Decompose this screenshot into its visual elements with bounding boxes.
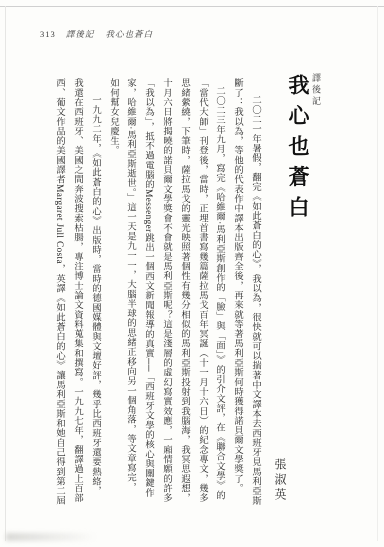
body-column-5: 思緒縈繞，下筆時，薩拉馬戈的靈光映照著個性有幾分相似的馬利亞斯投射到我腦海，我冥… — [177, 78, 191, 503]
body-column-1: 二〇二一年暑假，翻完《如此蒼白的心》，我以為，很快就可以揣著中文譯本去西班牙見馬… — [248, 78, 262, 505]
running-header-section: 譯後記 — [66, 29, 95, 39]
page-edge-left — [5, 6, 6, 541]
page-edge-top — [0, 6, 384, 7]
page-title: 我心也蒼白 — [283, 74, 313, 227]
scan-smudge — [6, 533, 96, 541]
body-column-2: 斷了：我以為，等他的代表作中譯本出版齊全後，再來就等著馬利亞斯何時獲得諾貝爾文學… — [230, 78, 244, 493]
body-column-8: 家，哈維爾·馬利亞斯逝世。」這一天是九一一，大腦半球的思緒正移向另一個角落，等文… — [123, 78, 137, 492]
body-column-4: 「當代大師」刊登後，當時，正埋首書寫幾篇薩拉馬戈百年冥誕（十一月十六日）的紀念專… — [195, 78, 209, 503]
body-column-7: 「我以為」，抵不過電腦的Messenger跳出一個西文新聞報導的真實──「西班牙… — [141, 78, 155, 497]
body-column-11: 我還在西班牙、美國之間奔波搜索枯腸，專注博士論文資料蒐集和撰寫。一九九七年，翻譯… — [70, 78, 84, 503]
running-header-book-title: 我心也蒼白 — [106, 29, 154, 39]
book-page: 313 譯後記 我心也蒼白 譯後記 我心也蒼白 張淑英 二〇二一年暑假，翻完《如… — [0, 0, 384, 547]
body-column-9: 如何幫女兒慶生。 — [106, 78, 120, 155]
page-edge-right — [377, 6, 378, 541]
page-number: 313 — [40, 29, 56, 39]
body-column-10: 一九九二年，《如此蒼白的心》出版時，當時的德國媒體與文壇好評，幾乎比西班牙還要熱… — [88, 78, 102, 496]
author-name: 張淑英 — [272, 458, 289, 503]
body-column-6: 十月六日將揭曉的諾貝爾文學獎會不會就是馬利亞斯呢？這是淺層的虛幻寫實效應，一廂情… — [159, 78, 173, 503]
running-header: 313 譯後記 我心也蒼白 — [40, 28, 161, 40]
body-column-12: 西、葡文作品的美國譯者Margaret Jull Costa，英譯《如此蒼白的心… — [52, 78, 66, 505]
body-column-3: 二〇二三年九月，寫完《哈維爾·馬利亞斯創作的「臉」與「面」》的引介文評，在《聯合… — [212, 78, 226, 500]
